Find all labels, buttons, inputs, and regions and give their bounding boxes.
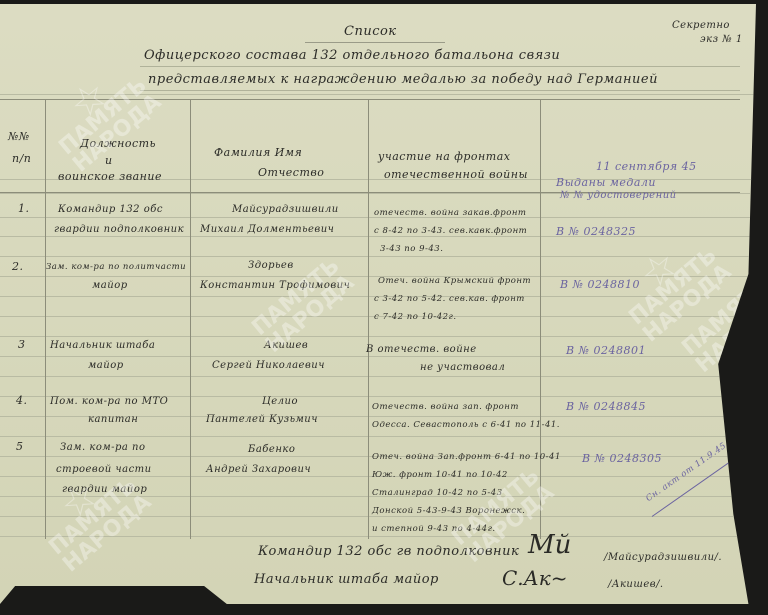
commander-signature-name: /Майсурадзишвили/. <box>604 552 722 563</box>
col-divider <box>45 99 46 539</box>
table-top-border <box>0 99 740 100</box>
header-issued: Выданы медали <box>556 176 656 189</box>
header-participation: участие на фронтах <box>378 150 510 163</box>
document-title: Список <box>344 24 397 39</box>
header-num: №№ <box>8 130 30 143</box>
document-subtitle-1: Офицерского состава 132 отдельного батал… <box>144 48 560 63</box>
document-subtitle-2: представляемых к награждению медалью за … <box>148 72 658 87</box>
header-issued-date: 11 сентября 45 <box>596 160 697 173</box>
col-divider <box>190 99 191 539</box>
col-divider <box>368 99 369 539</box>
header-position: и <box>105 154 113 167</box>
header-participation: отечественной войны <box>384 168 528 181</box>
header-issued: № № удостоверений <box>560 190 677 201</box>
watermark: ☆ПАМЯТЬНАРОДА <box>41 57 165 176</box>
header-num: п/п <box>12 152 31 165</box>
chief-of-staff-signature-label: Начальник штаба майор <box>254 572 439 587</box>
commander-signature-mark: Мй <box>528 530 571 560</box>
header-name: Фамилия Имя <box>214 146 302 159</box>
watermark: ПАМЯТЬНАРОДА <box>678 275 756 377</box>
header-position: воинское звание <box>58 170 162 183</box>
chief-of-staff-signature-mark: С.Ак~ <box>502 566 568 590</box>
header-name: Отчество <box>258 166 324 179</box>
header-position: Должность <box>80 137 156 150</box>
copy-number: экз № 1 <box>700 34 743 45</box>
document-page: Секретно экз № 1 Список Офицерского сост… <box>0 4 756 604</box>
secret-note: Секретно <box>672 20 730 31</box>
col-divider <box>540 99 541 539</box>
commander-signature-label: Командир 132 обс гв подполковник <box>258 544 519 559</box>
chief-of-staff-signature-name: /Акишев/. <box>608 579 664 590</box>
